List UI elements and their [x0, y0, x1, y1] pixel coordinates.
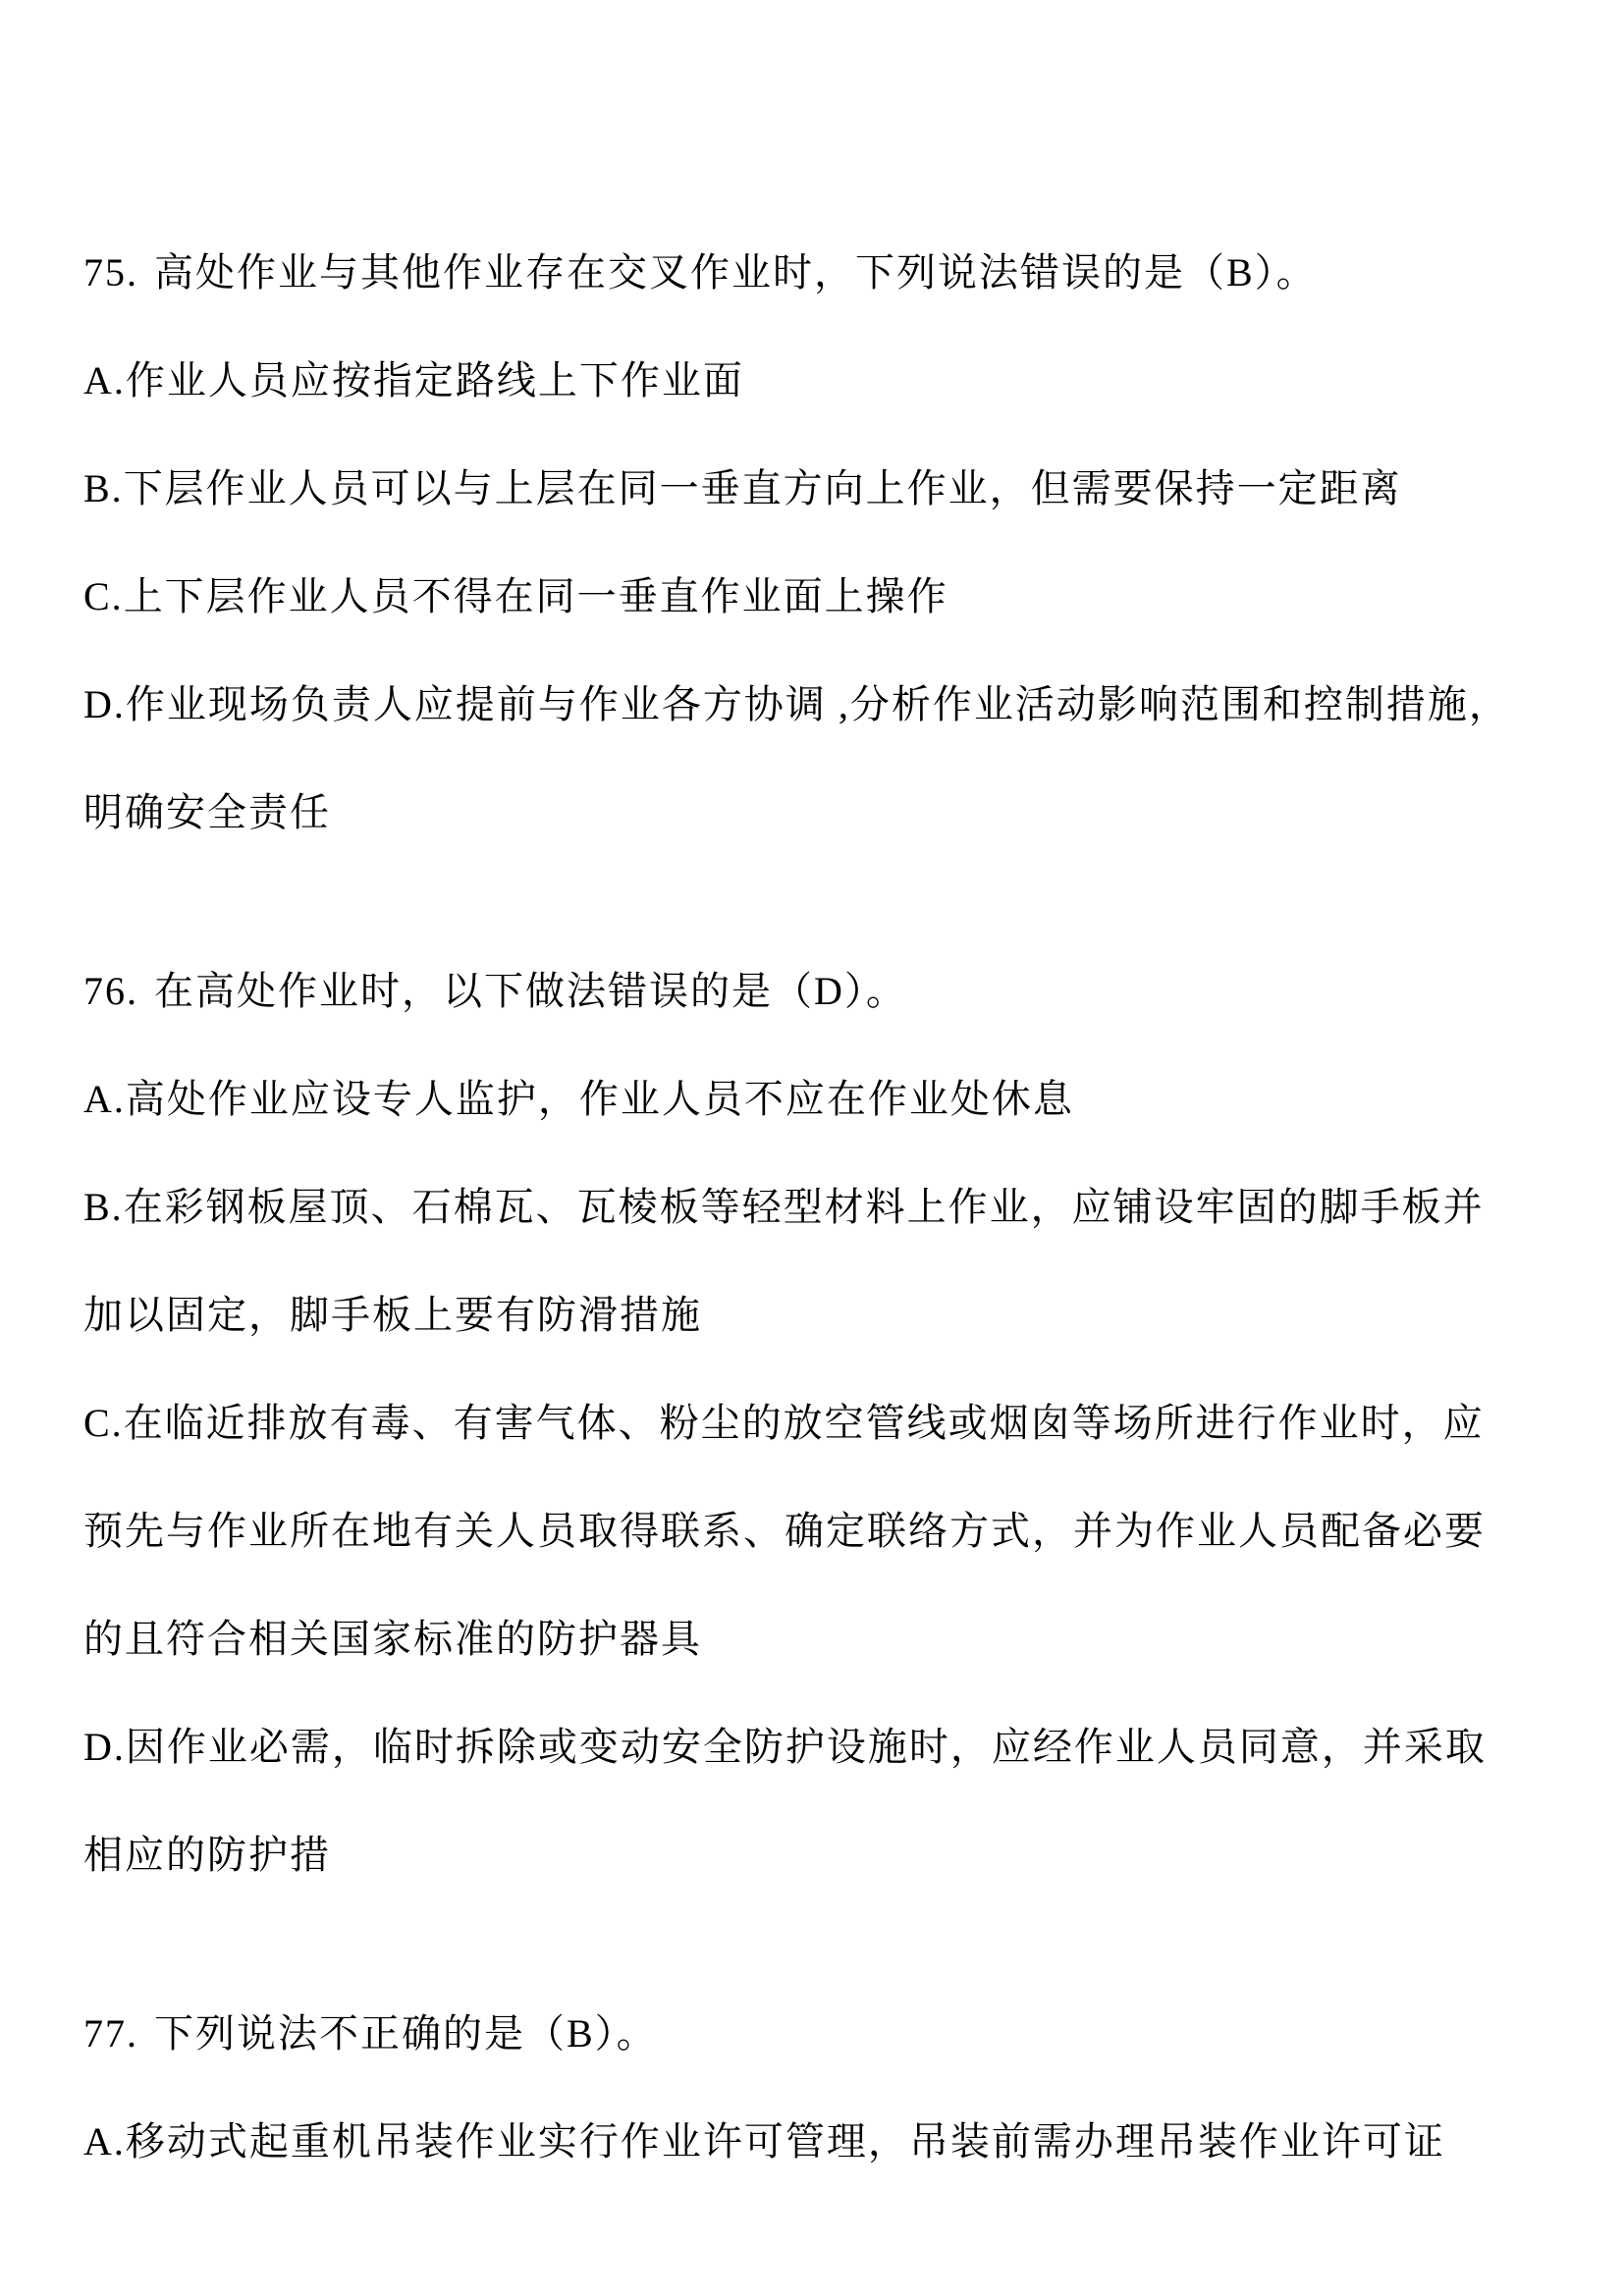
question-75-option-d-label: D.	[83, 682, 126, 726]
question-75-option-a-label: A.	[83, 358, 126, 402]
question-75-option-d: D.作业现场负责人应提前与作业各方协调 ,分析作业活动影响范围和控制措施，明确安…	[83, 651, 1522, 867]
question-76-option-b-text: 在彩钢板屋顶、石棉瓦、瓦棱板等轻型材料上作业，应铺设牢固的脚手板并加以固定，脚手…	[83, 1185, 1485, 1337]
document-page: 75.高处作业与其他作业存在交叉作业时，下列说法错误的是（B）。 A.作业人员应…	[0, 0, 1624, 2296]
question-76-option-c-text: 在临近排放有毒、有害气体、粉尘的放空管线或烟囱等场所进行作业时，应预先与作业所在…	[83, 1401, 1486, 1661]
question-77-stem: 77.下列说法不正确的是（B）。	[83, 1980, 1522, 2088]
question-77-option-a-label: A.	[83, 2119, 126, 2163]
question-76-option-b: B.在彩钢板屋顶、石棉瓦、瓦棱板等轻型材料上作业，应铺设牢固的脚手板并加以固定，…	[83, 1153, 1522, 1369]
question-76-number: 76.	[83, 969, 138, 1013]
question-77-option-a-text: 移动式起重机吊装作业实行作业许可管理，吊装前需办理吊装作业许可证	[126, 2119, 1445, 2163]
question-75-option-c-text: 上下层作业人员不得在同一垂直作业面上操作	[124, 574, 948, 618]
question-76-option-c: C.在临近排放有毒、有害气体、粉尘的放空管线或烟囱等场所进行作业时，应预先与作业…	[83, 1369, 1522, 1693]
question-77: 77.下列说法不正确的是（B）。 A.移动式起重机吊装作业实行作业许可管理，吊装…	[83, 1980, 1522, 2196]
question-77-option-a: A.移动式起重机吊装作业实行作业许可管理，吊装前需办理吊装作业许可证	[83, 2088, 1522, 2196]
question-75-option-d-text: 作业现场负责人应提前与作业各方协调 ,分析作业活动影响范围和控制措施，明确安全责…	[83, 682, 1510, 834]
question-75-stem: 75.高处作业与其他作业存在交叉作业时，下列说法错误的是（B）。	[83, 219, 1522, 327]
question-76-option-d-text: 因作业必需，临时拆除或变动安全防护设施时，应经作业人员同意，并采取相应的防护措	[83, 1725, 1487, 1877]
question-75-number: 75.	[83, 250, 138, 294]
question-76: 76.在高处作业时，以下做法错误的是（D）。 A.高处作业应设专人监护，作业人员…	[83, 937, 1522, 1909]
question-76-option-a-label: A.	[83, 1077, 126, 1121]
question-76-stem: 76.在高处作业时，以下做法错误的是（D）。	[83, 937, 1522, 1045]
question-76-option-d-label: D.	[83, 1725, 126, 1769]
question-76-option-a-text: 高处作业应设专人监护，作业人员不应在作业处休息	[126, 1077, 1074, 1121]
question-76-stem-text: 在高处作业时，以下做法错误的是（D）。	[154, 969, 907, 1013]
question-75-stem-text: 高处作业与其他作业存在交叉作业时，下列说法错误的是（B）。	[154, 250, 1318, 294]
question-76-option-c-label: C.	[83, 1401, 124, 1445]
question-75-option-a-text: 作业人员应按指定路线上下作业面	[126, 358, 744, 402]
question-76-option-a: A.高处作业应设专人监护，作业人员不应在作业处休息	[83, 1045, 1522, 1153]
question-75-option-c: C.上下层作业人员不得在同一垂直作业面上操作	[83, 543, 1522, 651]
question-77-number: 77.	[83, 2011, 138, 2056]
question-75-option-a: A.作业人员应按指定路线上下作业面	[83, 327, 1522, 435]
question-77-stem-text: 下列说法不正确的是（B）。	[154, 2011, 658, 2056]
question-75: 75.高处作业与其他作业存在交叉作业时，下列说法错误的是（B）。 A.作业人员应…	[83, 219, 1522, 867]
question-75-option-b-label: B.	[83, 466, 124, 510]
question-75-option-c-label: C.	[83, 574, 124, 618]
question-75-option-b: B.下层作业人员可以与上层在同一垂直方向上作业，但需要保持一定距离	[83, 435, 1522, 543]
question-76-option-d: D.因作业必需，临时拆除或变动安全防护设施时，应经作业人员同意，并采取相应的防护…	[83, 1693, 1522, 1909]
question-76-option-b-label: B.	[83, 1185, 124, 1229]
question-75-option-b-text: 下层作业人员可以与上层在同一垂直方向上作业，但需要保持一定距离	[124, 466, 1402, 510]
